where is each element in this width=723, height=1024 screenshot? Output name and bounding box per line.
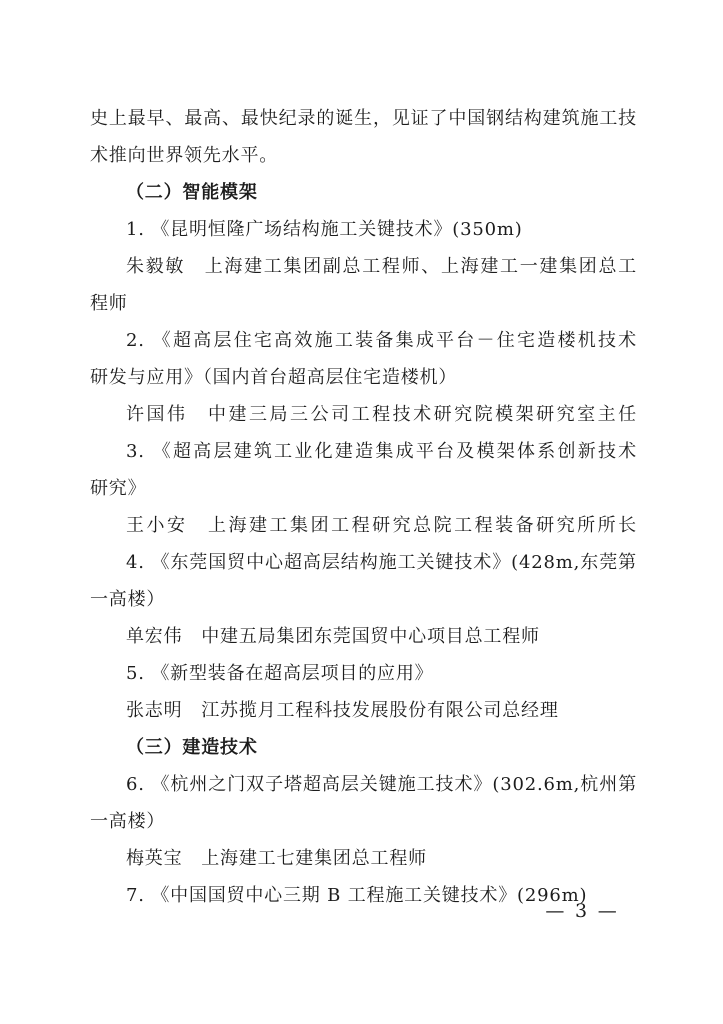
text-line: 许国伟 中建三局三公司工程技术研究院模架研究室主任 xyxy=(90,396,637,433)
text-line: 一高楼） xyxy=(90,803,637,840)
text-line: 研究》 xyxy=(90,470,637,507)
text-line: 史上最早、最高、最快纪录的诞生，见证了中国钢结构建筑施工技 xyxy=(90,100,637,137)
text-line: 研发与应用》（国内首台超高层住宅造楼机） xyxy=(90,359,637,396)
document-page: 史上最早、最高、最快纪录的诞生，见证了中国钢结构建筑施工技 术推向世界领先水平。… xyxy=(0,0,723,1024)
list-item: 3. 《超高层建筑工业化建造集成平台及模架体系创新技术 xyxy=(90,433,637,470)
section-heading: （二）智能模架 xyxy=(90,174,637,211)
document-body: 史上最早、最高、最快纪录的诞生，见证了中国钢结构建筑施工技 术推向世界领先水平。… xyxy=(90,100,637,914)
text-line: 张志明 江苏揽月工程科技发展股份有限公司总经理 xyxy=(90,692,637,729)
text-line: 朱毅敏 上海建工集团副总工程师、上海建工一建集团总工 xyxy=(90,248,637,285)
text-line: 梅英宝 上海建工七建集团总工程师 xyxy=(90,840,637,877)
list-item: 5. 《新型装备在超高层项目的应用》 xyxy=(90,655,637,692)
list-item: 1. 《昆明恒隆广场结构施工关键技术》(350m) xyxy=(90,211,637,248)
list-item: 6. 《杭州之门双子塔超高层关键施工技术》(302.6m,杭州第 xyxy=(90,766,637,803)
page-number: — 3 — xyxy=(90,896,637,926)
text-line: 单宏伟 中建五局集团东莞国贸中心项目总工程师 xyxy=(90,618,637,655)
list-item: 4. 《东莞国贸中心超高层结构施工关键技术》(428m,东莞第 xyxy=(90,544,637,581)
text-line: 术推向世界领先水平。 xyxy=(90,137,637,174)
text-line: 程师 xyxy=(90,285,637,322)
section-heading: （三）建造技术 xyxy=(90,729,637,766)
text-line: 王小安 上海建工集团工程研究总院工程装备研究所所长 xyxy=(90,507,637,544)
list-item: 2. 《超高层住宅高效施工装备集成平台－住宅造楼机技术 xyxy=(90,322,637,359)
text-line: 一高楼） xyxy=(90,581,637,618)
